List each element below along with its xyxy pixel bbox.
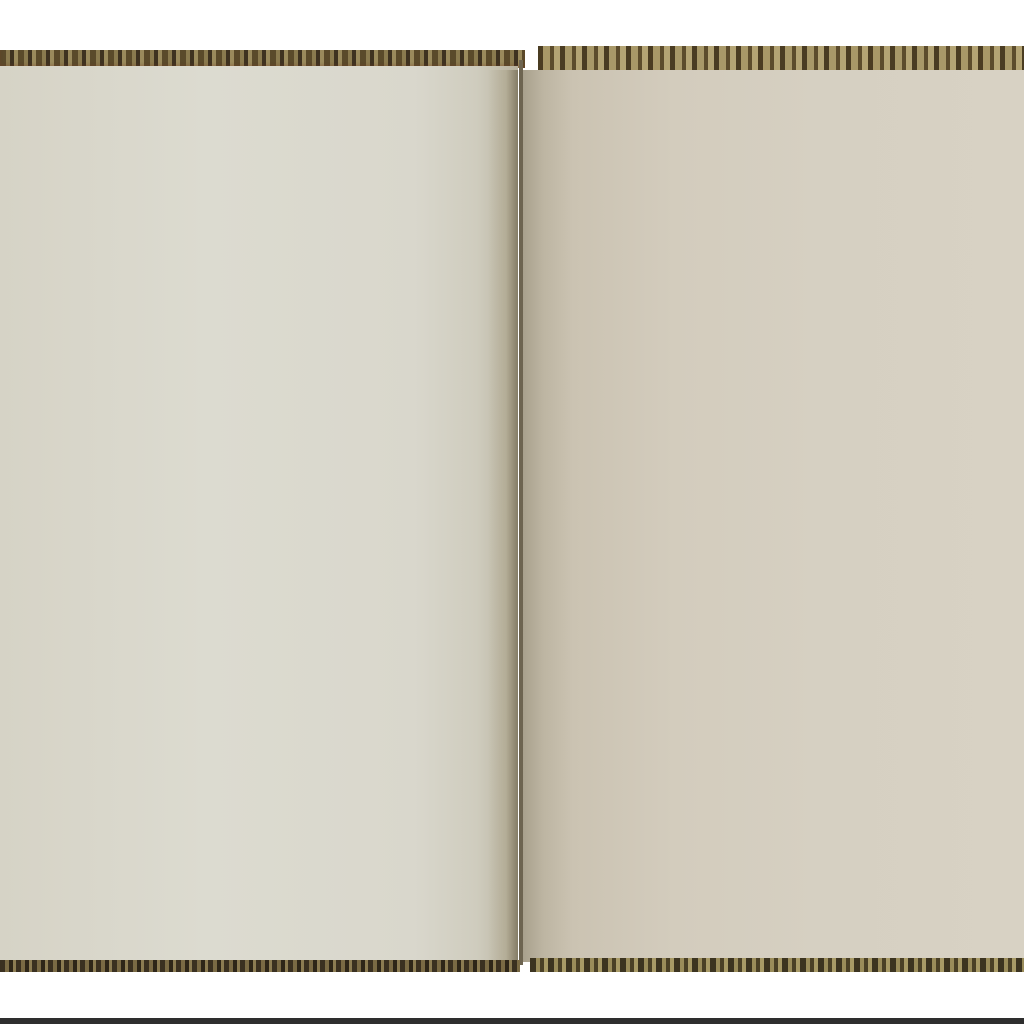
- decorative-border-top-right: [538, 46, 1024, 72]
- decorative-border-bottom-right: [530, 958, 1024, 972]
- bottom-dark-strip: [0, 1018, 1024, 1024]
- open-book-photo: [0, 0, 1024, 1024]
- decorative-border-bottom-left: [0, 960, 520, 972]
- right-blank-page: [523, 70, 1024, 962]
- left-page-edge-shadow: [488, 70, 518, 962]
- left-blank-page: [0, 66, 518, 964]
